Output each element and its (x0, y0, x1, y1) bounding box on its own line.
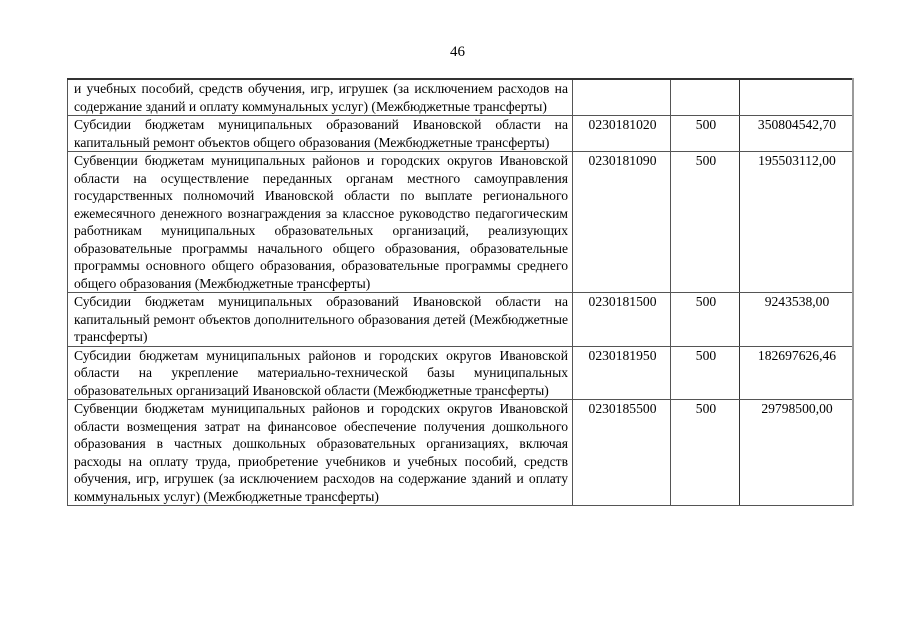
table-row: Субвенции бюджетам муниципальных районов… (68, 152, 854, 293)
description-cell: Субсидии бюджетам муниципальных районов … (68, 346, 573, 400)
target-code-cell: 0230181090 (573, 152, 671, 293)
description-cell: и учебных пособий, средств обучения, игр… (68, 79, 573, 116)
target-code-cell: 0230181950 (573, 346, 671, 400)
amount-cell: 350804542,70 (740, 116, 854, 152)
table-row: Субвенции бюджетам муниципальных районов… (68, 400, 854, 506)
expense-type-cell (671, 79, 740, 116)
description-cell: Субсидии бюджетам муниципальных образова… (68, 116, 573, 152)
target-code-cell (573, 79, 671, 116)
expense-type-cell: 500 (671, 400, 740, 506)
budget-table: и учебных пособий, средств обучения, игр… (67, 78, 854, 506)
table-row: Субсидии бюджетам муниципальных образова… (68, 116, 854, 152)
target-code-cell: 0230181020 (573, 116, 671, 152)
amount-cell: 182697626,46 (740, 346, 854, 400)
description-cell: Субсидии бюджетам муниципальных образова… (68, 293, 573, 347)
amount-cell: 29798500,00 (740, 400, 854, 506)
expense-type-cell: 500 (671, 293, 740, 347)
description-cell: Субвенции бюджетам муниципальных районов… (68, 400, 573, 506)
expense-type-cell: 500 (671, 346, 740, 400)
table-row: и учебных пособий, средств обучения, игр… (68, 79, 854, 116)
amount-cell: 9243538,00 (740, 293, 854, 347)
page-number: 46 (0, 44, 905, 61)
target-code-cell: 0230185500 (573, 400, 671, 506)
expense-type-cell: 500 (671, 116, 740, 152)
table-row: Субсидии бюджетам муниципальных районов … (68, 346, 854, 400)
amount-cell: 195503112,00 (740, 152, 854, 293)
target-code-cell: 0230181500 (573, 293, 671, 347)
table-row: Субсидии бюджетам муниципальных образова… (68, 293, 854, 347)
expense-type-cell: 500 (671, 152, 740, 293)
amount-cell (740, 79, 854, 116)
description-cell: Субвенции бюджетам муниципальных районов… (68, 152, 573, 293)
